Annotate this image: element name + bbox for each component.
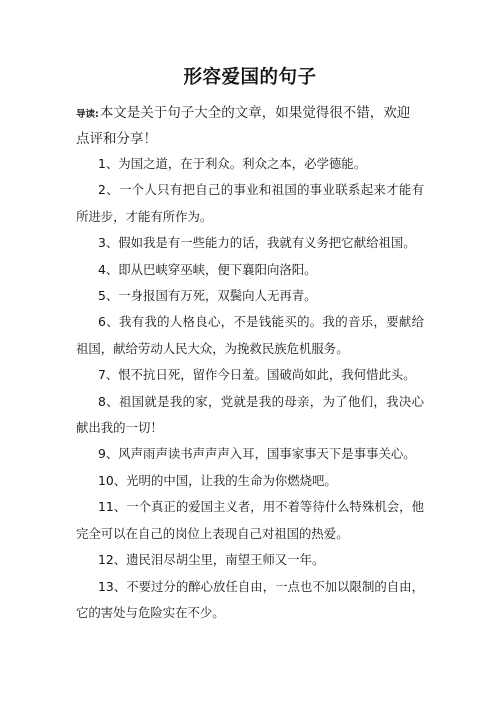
list-item: 13、不要过分的醉心放任自由，一点也不加以限制的自由，它的害处与危险实在不少。	[76, 574, 424, 627]
list-item: 6、我有我的人格良心，不是钱能买的。我的音乐，要献给祖国，献给劳动人民大众，为挽…	[76, 309, 424, 362]
list-item: 7、恨不抗日死，留作今日羞。国破尚如此，我何惜此头。	[76, 362, 424, 388]
list-item: 2、一个人只有把自己的事业和祖国的事业联系起来才能有所进步，才能有所作为。	[76, 177, 424, 230]
list-item: 5、一身报国有万死，双鬓向人无再青。	[76, 283, 424, 309]
list-item: 9、风声雨声读书声声声入耳，国事家事天下是事事关心。	[76, 441, 424, 467]
list-item: 10、光明的中国，让我的生命为你燃烧吧。	[76, 468, 424, 494]
intro-paragraph: 导读:本文是关于句子大全的文章，如果觉得很不错，欢迎点评和分享！	[76, 101, 421, 152]
sentence-list: 1、为国之道，在于利众。利众之本，必学德能。 2、一个人只有把自己的事业和祖国的…	[76, 151, 424, 626]
list-item: 12、遗民泪尽胡尘里，南望王师又一年。	[76, 547, 424, 573]
list-item: 11、一个真正的爱国主义者，用不着等待什么特殊机会，他完全可以在自己的岗位上表现…	[76, 494, 424, 547]
document-page: 形容爱国的句子 导读:本文是关于句子大全的文章，如果觉得很不错，欢迎点评和分享！…	[0, 0, 500, 708]
intro-text: 本文是关于句子大全的文章，如果觉得很不错，欢迎点评和分享！	[76, 105, 410, 147]
list-item: 1、为国之道，在于利众。利众之本，必学德能。	[76, 151, 424, 177]
list-item: 8、祖国就是我的家，党就是我的母亲，为了他们，我决心献出我的一切！	[76, 389, 424, 442]
list-item: 4、即从巴峡穿巫峡，便下襄阳向洛阳。	[76, 257, 424, 283]
page-title: 形容爱国的句子	[0, 64, 500, 92]
list-item: 3、假如我是有一些能力的话，我就有义务把它献给祖国。	[76, 230, 424, 256]
intro-label: 导读:	[76, 109, 99, 120]
